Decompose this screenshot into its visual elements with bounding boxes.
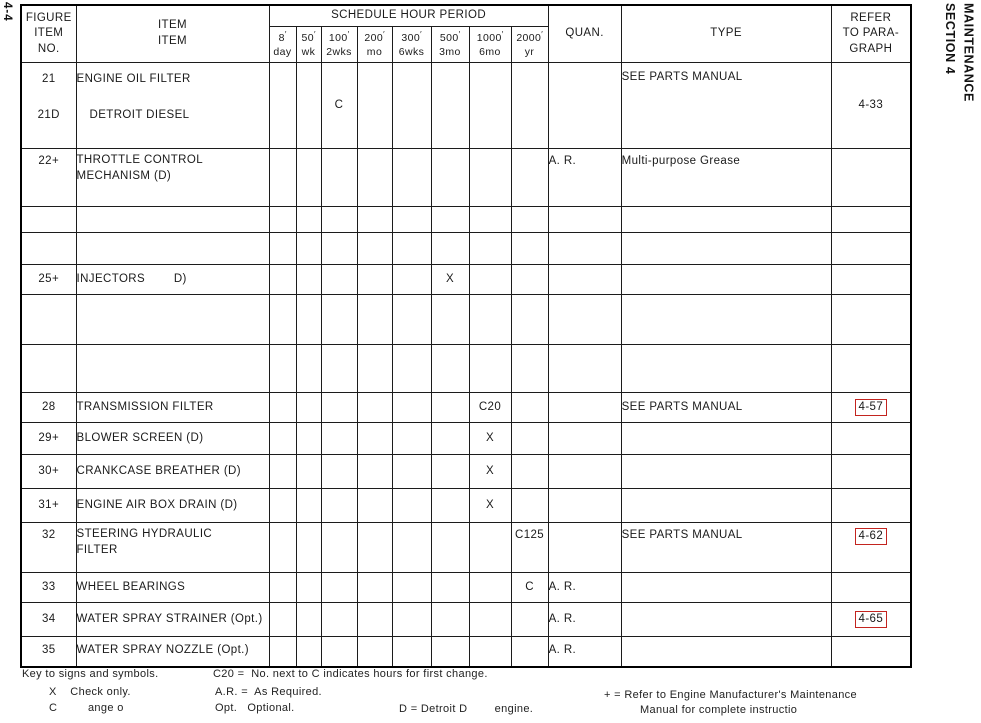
schedule-mark-cell [269,265,296,295]
schedule-mark-cell [357,423,392,455]
item-name: BLOWER SCREEN (D) [76,423,269,455]
schedule-mark-cell [469,603,511,637]
schedule-mark-cell [511,207,548,233]
header-refer-to-paragraph: REFER TO PARA- GRAPH [831,5,911,63]
schedule-mark-cell [269,603,296,637]
schedule-mark-cell [321,455,357,489]
refer-paragraph-cell [831,455,911,489]
table-row-30plus: 30+CRANKCASE BREATHER (D)X [21,455,911,489]
schedule-mark-cell [392,573,431,603]
schedule-mark-cell [431,295,469,345]
figure-item-no [21,345,76,393]
schedule-mark-cell [321,207,357,233]
refer-paragraph-cell [831,423,911,455]
header-figure-item-no: FIGURE ITEM NO. [21,5,76,63]
schedule-mark-cell [357,265,392,295]
table-row-31plus: 31+ENGINE AIR BOX DRAIN (D)X [21,489,911,523]
schedule-mark-cell [511,603,548,637]
type-cell [621,603,831,637]
figure-item-no: 28 [21,393,76,423]
schedule-mark-cell [269,637,296,667]
type-cell: SEE PARTS MANUAL [621,63,831,149]
schedule-mark-cell [392,149,431,207]
figure-item-no: 35 [21,637,76,667]
header-row: FIGURE ITEM NO. ITEM ITEM SCHEDULE HOUR … [21,5,911,27]
schedule-mark-cell [269,423,296,455]
quantity-cell: A. R. [548,603,621,637]
footer-key-segment-2: X Check only. [49,686,131,698]
item-name: CRANKCASE BREATHER (D) [76,455,269,489]
refer-paragraph-cell: 4-65 [831,603,911,637]
quantity-cell [548,295,621,345]
item-name [76,295,269,345]
refer-paragraph-cell [831,265,911,295]
schedule-mark-cell [321,637,357,667]
table-row-32: 32STEERING HYDRAULIC FILTERC125SEE PARTS… [21,523,911,573]
figure-item-no: 30+ [21,455,76,489]
quantity-cell [548,393,621,423]
schedule-mark-cell [296,489,321,523]
schedule-mark-cell [357,393,392,423]
schedule-mark-cell [321,423,357,455]
table-row-blank [21,233,911,265]
schedule-mark-cell [269,489,296,523]
footer-key-segment-7: D = Detroit D engine. [399,703,533,715]
quantity-cell [548,489,621,523]
refer-paragraph-cell [831,573,911,603]
schedule-mark-cell [296,149,321,207]
schedule-mark-cell [431,63,469,149]
schedule-mark-cell [431,393,469,423]
schedule-mark-cell [296,455,321,489]
schedule-mark-cell [296,573,321,603]
item-name [76,345,269,393]
schedule-col-header-100: 100′2wks [321,27,357,63]
schedule-mark-cell [392,393,431,423]
figure-item-no: 25+ [21,265,76,295]
schedule-mark-cell: C [511,573,548,603]
schedule-mark-cell [511,295,548,345]
quantity-cell [548,455,621,489]
schedule-mark-cell [392,603,431,637]
schedule-mark-cell [321,233,357,265]
schedule-mark-cell [469,637,511,667]
schedule-mark-cell [469,523,511,573]
schedule-col-header-2000: 2000′yr [511,27,548,63]
schedule-mark-cell [269,393,296,423]
item-name: ENGINE OIL FILTERDETROIT DIESEL [76,63,269,149]
type-cell: Multi-purpose Grease [621,149,831,207]
schedule-mark-cell [269,295,296,345]
quantity-cell [548,423,621,455]
schedule-mark-cell [469,63,511,149]
schedule-mark-cell [469,265,511,295]
schedule-mark-cell [431,233,469,265]
figure-item-no: 33 [21,573,76,603]
schedule-mark-cell [269,455,296,489]
schedule-mark-cell [511,345,548,393]
schedule-mark-cell [357,573,392,603]
schedule-mark-cell [357,489,392,523]
refer-paragraph-cell [831,489,911,523]
red-box-annotation: 4-62 [855,528,888,545]
refer-paragraph-cell [831,637,911,667]
item-name [76,207,269,233]
footer-key-segment-8: Manual for complete instructio [640,704,797,716]
refer-paragraph-cell [831,295,911,345]
schedule-mark-cell [392,265,431,295]
schedule-mark-cell [296,63,321,149]
schedule-mark-cell [392,489,431,523]
item-name: INJECTORS D) [76,265,269,295]
quantity-cell [548,345,621,393]
quantity-cell [548,523,621,573]
footer-key-segment-1: C20 = No. next to C indicates hours for … [213,668,488,680]
schedule-mark-cell [321,149,357,207]
footer-key-segment-5: C ange o [49,702,124,714]
schedule-mark-cell [296,207,321,233]
refer-paragraph-cell: 4-62 [831,523,911,573]
item-name: WHEEL BEARINGS [76,573,269,603]
schedule-mark-cell: C20 [469,393,511,423]
figure-item-no: 34 [21,603,76,637]
schedule-mark-cell [392,345,431,393]
maintenance-schedule-table: FIGURE ITEM NO. ITEM ITEM SCHEDULE HOUR … [20,4,912,668]
header-quan: QUAN. [548,5,621,63]
figure-item-no [21,207,76,233]
table-row-33: 33WHEEL BEARINGSCA. R. [21,573,911,603]
schedule-mark-cell [392,423,431,455]
schedule-mark-cell [392,63,431,149]
schedule-mark-cell [321,393,357,423]
schedule-col-header-200: 200′mo [357,27,392,63]
schedule-mark-cell [269,63,296,149]
footer-key-segment-3: A.R. = As Required. [215,686,322,698]
figure-item-no: 29+ [21,423,76,455]
table-row-blank [21,295,911,345]
schedule-col-header-300: 300′6wks [392,27,431,63]
table-row-35: 35WATER SPRAY NOZZLE (Opt.)A. R. [21,637,911,667]
schedule-mark-cell [321,489,357,523]
type-cell [621,455,831,489]
schedule-mark-cell [269,573,296,603]
type-cell [621,423,831,455]
schedule-mark-cell [392,637,431,667]
tick-mark: ′ [285,30,287,39]
red-box-annotation: 4-65 [855,611,888,628]
tick-mark: ′ [383,30,385,39]
schedule-mark-cell [296,603,321,637]
figure-item-no [21,295,76,345]
schedule-col-header-50: 50′wk [296,27,321,63]
schedule-mark-cell [511,423,548,455]
schedule-mark-cell [511,149,548,207]
schedule-mark-cell [431,603,469,637]
type-cell: SEE PARTS MANUAL [621,523,831,573]
page-number: 4-4 [1,2,13,22]
schedule-mark-cell [511,265,548,295]
schedule-mark-cell [321,573,357,603]
type-cell [621,295,831,345]
quantity-cell: A. R. [548,149,621,207]
refer-paragraph-cell [831,345,911,393]
refer-paragraph-cell: 4-57 [831,393,911,423]
schedule-mark-cell [392,233,431,265]
schedule-mark-cell [357,603,392,637]
schedule-mark-cell: X [469,455,511,489]
figure-item-no: 2121D [21,63,76,149]
schedule-mark-cell [392,455,431,489]
schedule-mark-cell [392,207,431,233]
schedule-mark-cell [469,295,511,345]
schedule-mark-cell [321,345,357,393]
refer-paragraph-cell [831,149,911,207]
schedule-mark-cell [357,523,392,573]
figure-item-no: 31+ [21,489,76,523]
schedule-mark-cell [269,149,296,207]
item-name: ENGINE AIR BOX DRAIN (D) [76,489,269,523]
schedule-mark-cell [321,603,357,637]
schedule-mark-cell [357,637,392,667]
schedule-mark-cell [431,455,469,489]
schedule-mark-cell [296,637,321,667]
quantity-cell [548,207,621,233]
quantity-cell [548,265,621,295]
schedule-mark-cell [357,345,392,393]
schedule-mark-cell [431,489,469,523]
tick-mark: ′ [420,30,422,39]
schedule-mark-cell [431,423,469,455]
type-cell [621,265,831,295]
header-type: TYPE [621,5,831,63]
table-row-34: 34WATER SPRAY STRAINER (Opt.)A. R.4-65 [21,603,911,637]
table-row-28: 28TRANSMISSION FILTERC20SEE PARTS MANUAL… [21,393,911,423]
tick-mark: ′ [348,30,350,39]
item-name: STEERING HYDRAULIC FILTER [76,523,269,573]
schedule-mark-cell [357,295,392,345]
schedule-mark-cell [469,233,511,265]
figure-item-no: 32 [21,523,76,573]
schedule-mark-cell [321,295,357,345]
refer-paragraph-cell: 4-33 [831,63,911,149]
schedule-mark-cell [392,295,431,345]
item-name [76,233,269,265]
schedule-mark-cell [469,207,511,233]
table-row-21: 2121DENGINE OIL FILTERDETROIT DIESELCSEE… [21,63,911,149]
schedule-mark-cell [431,523,469,573]
schedule-mark-cell [511,489,548,523]
schedule-mark-cell [431,573,469,603]
table-row-blank [21,207,911,233]
schedule-mark-cell [269,523,296,573]
schedule-mark-cell [392,523,431,573]
schedule-col-header-500: 500′3mo [431,27,469,63]
schedule-mark-cell [357,455,392,489]
header-schedule-hour-period: SCHEDULE HOUR PERIOD [269,5,548,27]
footer-key-segment-6: Opt. Optional. [215,702,295,714]
schedule-mark-cell: C125 [511,523,548,573]
schedule-col-header-1000: 1000′6mo [469,27,511,63]
type-cell: SEE PARTS MANUAL [621,393,831,423]
schedule-mark-cell: X [469,423,511,455]
schedule-mark-cell [321,523,357,573]
schedule-mark-cell [511,637,548,667]
type-cell [621,207,831,233]
schedule-mark-cell [431,637,469,667]
schedule-mark-cell [296,233,321,265]
figure-item-no [21,233,76,265]
schedule-mark-cell [296,423,321,455]
table-row-22plus: 22+THROTTLE CONTROL MECHANISM (D)A. R.Mu… [21,149,911,207]
schedule-mark-cell [321,265,357,295]
quantity-cell: A. R. [548,637,621,667]
refer-paragraph-cell [831,207,911,233]
schedule-mark-cell [511,393,548,423]
type-cell [621,233,831,265]
schedule-mark-cell [431,207,469,233]
schedule-mark-cell [469,573,511,603]
refer-paragraph-cell [831,233,911,265]
schedule-mark-cell [511,63,548,149]
schedule-mark-cell [296,295,321,345]
schedule-mark-cell [296,345,321,393]
section-label: SECTION 4 MAINTENANCE [941,3,977,102]
schedule-mark-cell [269,233,296,265]
schedule-mark-cell [511,455,548,489]
item-name: WATER SPRAY STRAINER (Opt.) [76,603,269,637]
schedule-col-header-8: 8′day [269,27,296,63]
schedule-mark-cell [431,149,469,207]
tick-mark: ′ [314,30,316,39]
quantity-cell [548,63,621,149]
schedule-mark-cell: X [431,265,469,295]
item-name: THROTTLE CONTROL MECHANISM (D) [76,149,269,207]
type-cell [621,637,831,667]
schedule-mark-cell [469,345,511,393]
schedule-mark-cell [269,345,296,393]
type-cell [621,573,831,603]
schedule-mark-cell: C [321,63,357,149]
schedule-mark-cell [357,207,392,233]
quantity-cell: A. R. [548,573,621,603]
red-box-annotation: 4-57 [855,399,888,416]
tick-mark: ′ [541,30,543,39]
quantity-cell [548,233,621,265]
schedule-mark-cell [357,233,392,265]
schedule-mark-cell [269,207,296,233]
schedule-mark-cell [296,523,321,573]
footer-key-segment-4: + = Refer to Engine Manufacturer's Maint… [604,689,857,701]
schedule-mark-cell [357,149,392,207]
table-row-25plus: 25+INJECTORS D)X [21,265,911,295]
schedule-mark-cell [296,393,321,423]
schedule-mark-cell [296,265,321,295]
figure-item-no: 22+ [21,149,76,207]
footer-key-segment-0: Key to signs and symbols. [22,668,159,680]
item-name: WATER SPRAY NOZZLE (Opt.) [76,637,269,667]
table-row-blank [21,345,911,393]
schedule-mark-cell [357,63,392,149]
header-item: ITEM ITEM [76,5,269,63]
schedule-mark-cell [469,149,511,207]
type-cell [621,489,831,523]
type-cell [621,345,831,393]
schedule-mark-cell [511,233,548,265]
tick-mark: ′ [459,30,461,39]
tick-mark: ′ [502,30,504,39]
table-row-29plus: 29+BLOWER SCREEN (D)X [21,423,911,455]
schedule-mark-cell [431,345,469,393]
item-name: TRANSMISSION FILTER [76,393,269,423]
schedule-mark-cell: X [469,489,511,523]
